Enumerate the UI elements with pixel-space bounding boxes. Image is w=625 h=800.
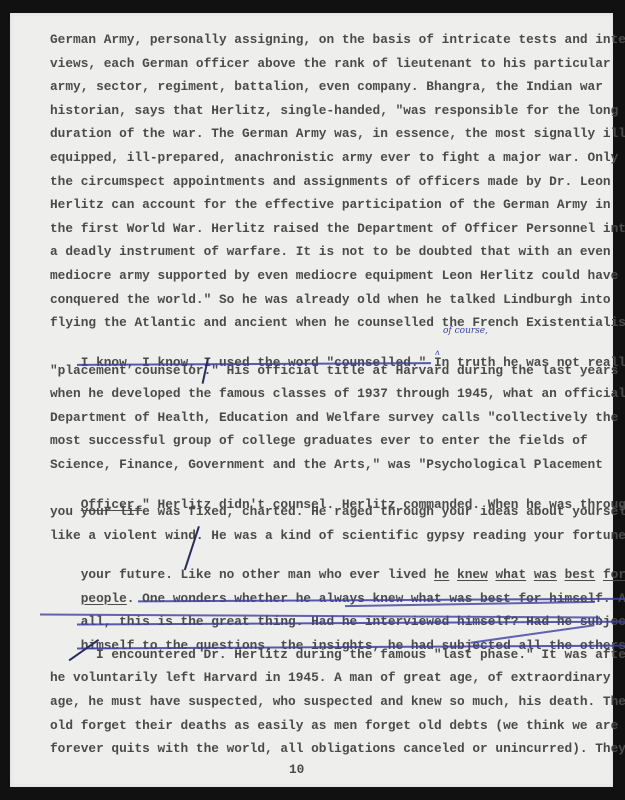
text-line: German Army, personally assigning, on th… xyxy=(50,32,625,48)
page-number: 10 xyxy=(289,762,304,777)
text-line: a deadly instrument of warfare. It is no… xyxy=(50,244,611,260)
text-line: views, each German officer above the ran… xyxy=(50,56,611,72)
text-line: historian, says that Herlitz, single-han… xyxy=(50,103,618,119)
text-line: like a violent wind. He was a kind of sc… xyxy=(50,528,625,544)
handwritten-insertion: of course, xyxy=(443,326,488,336)
text-line: Herlitz can account for the effective pa… xyxy=(50,197,611,213)
text-line: when he developed the famous classes of … xyxy=(50,386,625,402)
text-line: the circumspect appointments and assignm… xyxy=(50,174,611,190)
text-line: age, he must have suspected, who suspect… xyxy=(50,694,625,710)
typewritten-page: German Army, personally assigning, on th… xyxy=(10,13,613,787)
text-line: the first World War. Herlitz raised the … xyxy=(50,221,625,237)
text-line: I encountered Dr. Herlitz during the fam… xyxy=(96,647,625,663)
text-line: equipped, ill-prepared, anachronistic ar… xyxy=(50,150,618,166)
text-line: "placement counselor." His official titl… xyxy=(50,363,618,379)
text-line: he voluntarily left Harvard in 1945. A m… xyxy=(50,670,611,686)
text-line: old forget their deaths as easily as men… xyxy=(50,718,618,734)
text-line: army, sector, regiment, battalion, even … xyxy=(50,79,603,95)
text-line: you your life was fixed, charted. He rag… xyxy=(50,504,625,520)
text-line: Department of Health, Education and Welf… xyxy=(50,410,618,426)
text-line: conquered the world." So he was already … xyxy=(50,292,611,308)
text-line: Science, Finance, Government and the Art… xyxy=(50,457,603,473)
text-line: duration of the war. The German Army was… xyxy=(50,126,625,142)
text-line: most successful group of college graduat… xyxy=(50,433,588,449)
text-line: forever quits with the world, all obliga… xyxy=(50,741,625,757)
text-line: flying the Atlantic and ancient when he … xyxy=(50,315,625,331)
caret-mark-icon: ʌ xyxy=(435,348,440,357)
text-line: mediocre army supported by even mediocre… xyxy=(50,268,618,284)
